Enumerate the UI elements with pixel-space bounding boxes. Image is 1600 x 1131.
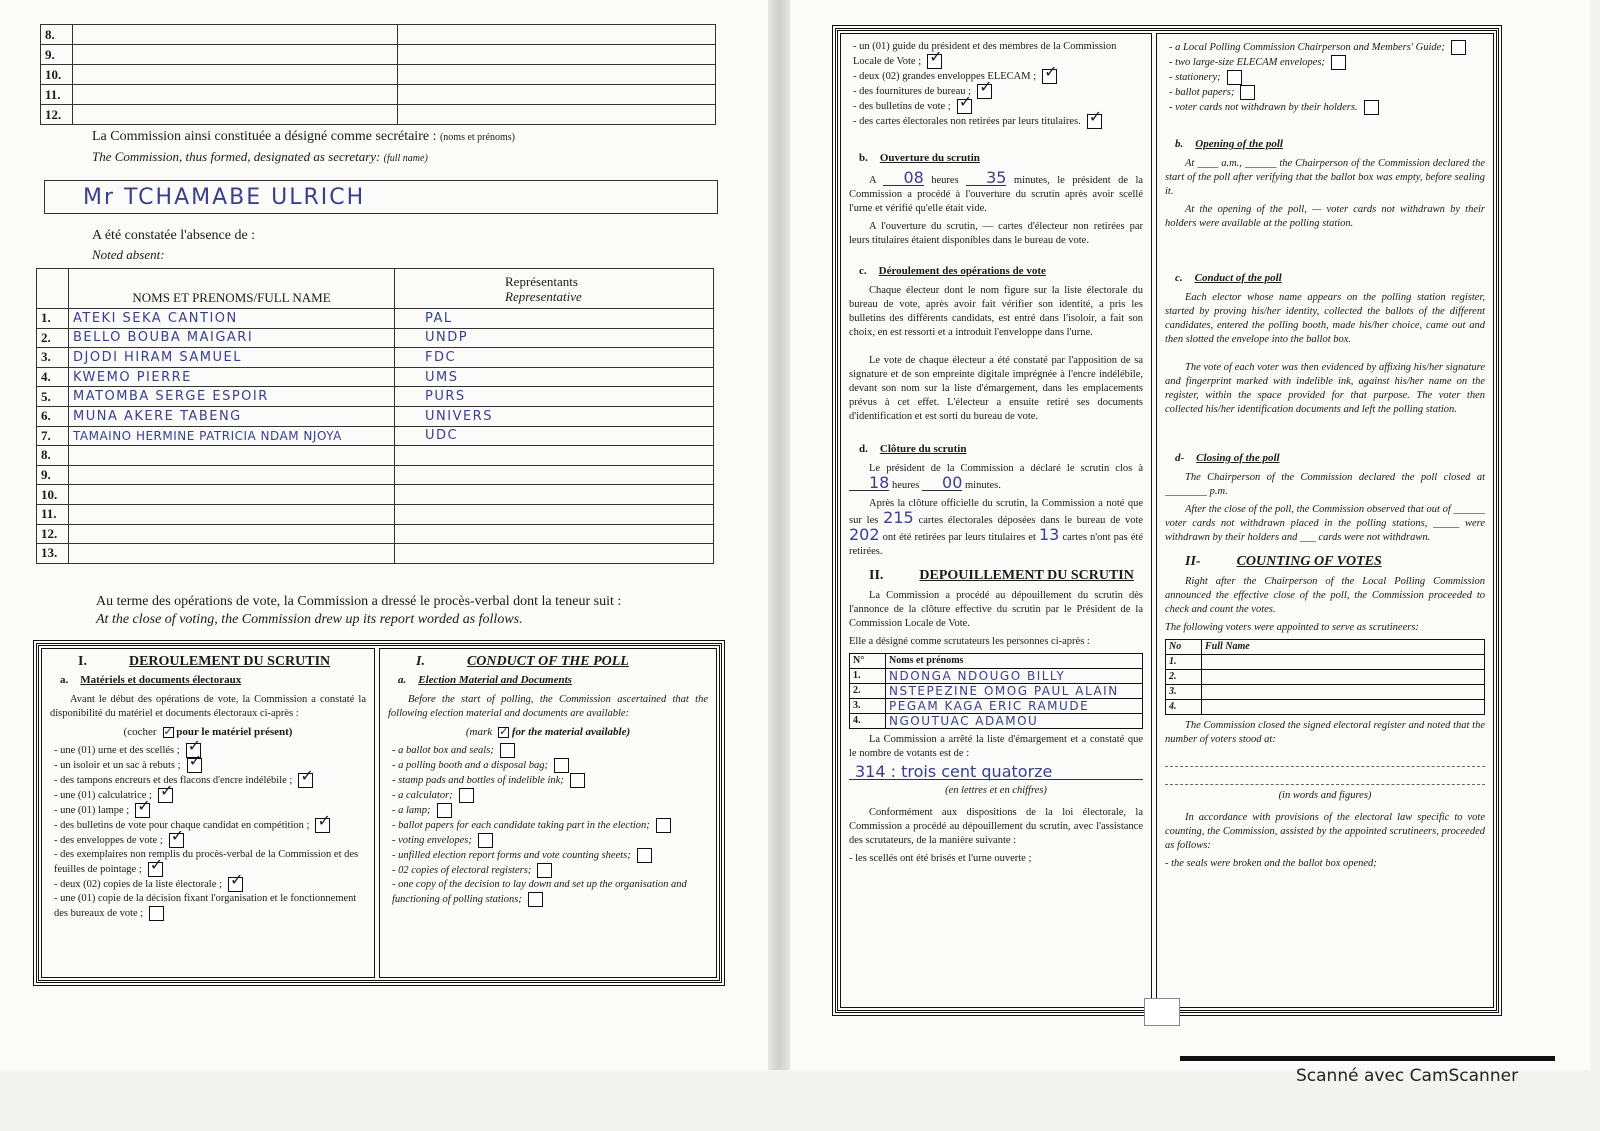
material-item: - two large-size ELECAM envelopes;: [1165, 55, 1485, 70]
material-checkbox[interactable]: [135, 803, 150, 818]
closing-paragraph: The Chairperson of the Commission declar…: [1165, 471, 1485, 499]
intro-paragraph: Avant le début des opérations de vote, l…: [50, 693, 366, 721]
section-I-fr: I. DEROULEMENT DU SCRUTIN a.Matériels et…: [41, 648, 375, 978]
mark-instruction: (cocher pour le matériel présent): [50, 725, 366, 739]
voters-note: (in words and figures): [1165, 789, 1485, 803]
table-header: N°Noms et prénoms: [850, 654, 1143, 669]
secretary-name: Mr TCHAMABE ULRICH: [83, 185, 365, 210]
material-item: - un isoloir et un sac à rebuts ;: [50, 758, 366, 773]
material-checkbox[interactable]: [1364, 100, 1379, 115]
members-table-continued: 8. 9. 10. 11. 12.: [40, 24, 716, 125]
counting-paragraph: La Commission a procédé au dépouillement…: [849, 589, 1143, 631]
scrutineers-label: Elle a désigné comme scrutateurs les per…: [849, 635, 1143, 649]
right-en-column: - a Local Polling Commission Chairperson…: [1156, 33, 1494, 1008]
material-item: - une (01) copie de la décision fixant l…: [50, 892, 366, 921]
camscanner-watermark: Scanné avec CamScanner: [1296, 1066, 1518, 1086]
material-item: - ballot papers;: [1165, 85, 1485, 100]
scrutineers-table: N°Noms et prénoms 1.NDONGA NDOUGO BILLY …: [849, 653, 1143, 729]
subsection-title: b.Ouverture du scrutin: [859, 151, 1143, 165]
subsection-title: c.Déroulement des opérations de vote: [859, 264, 1143, 278]
material-item: - stationery;: [1165, 70, 1485, 85]
table-row: 6.MUNA AKERE TABENGUNIVERS: [37, 406, 714, 426]
secretary-field[interactable]: Mr TCHAMABE ULRICH: [44, 180, 718, 214]
subsection-title: a.Election Material and Documents: [398, 673, 708, 687]
material-checkbox[interactable]: [228, 877, 243, 892]
table-row: 10.: [37, 485, 714, 505]
material-checkbox[interactable]: [478, 833, 493, 848]
material-item: - un (01) guide du président et des memb…: [849, 40, 1143, 69]
absent-table: NOMS ET PRENOMS/FULL NAME Représentants …: [36, 268, 714, 564]
secretary-label-en: The Commission, thus formed, designated …: [92, 148, 428, 168]
table-row: 2.NSTEPEZINE OMOG PAUL ALAIN: [850, 684, 1143, 699]
absent-label-fr: A été constatée l'absence de :: [92, 227, 255, 245]
material-checkbox[interactable]: [537, 863, 552, 878]
material-item: - a Local Polling Commission Chairperson…: [1165, 40, 1485, 55]
voters-paragraph: The Commission closed the signed elector…: [1165, 719, 1485, 747]
table-row: 8.: [37, 446, 714, 466]
checkbox-icon: [163, 727, 174, 738]
material-item: - a polling booth and a disposal bag;: [388, 758, 708, 773]
table-row: 11.: [41, 85, 716, 105]
count-method-paragraph: Conformément aux dispositions de la loi …: [849, 806, 1143, 848]
material-checkbox[interactable]: [149, 906, 164, 921]
material-checkbox[interactable]: [169, 833, 184, 848]
material-item: - 02 copies of electoral registers;: [388, 863, 708, 878]
absent-label-en: Noted absent:: [92, 246, 165, 264]
material-item: - a calculator;: [388, 788, 708, 803]
voters-paragraph: La Commission a arrêté la liste d'émarge…: [849, 733, 1143, 761]
material-item: - des bulletins de vote pour chaque cand…: [50, 818, 366, 833]
material-checkbox[interactable]: [148, 862, 163, 877]
table-header: NoFull Name: [1166, 640, 1485, 655]
table-row: 4.: [1166, 700, 1485, 715]
material-checkbox[interactable]: [1042, 69, 1057, 84]
material-item: - stamp pads and bottles of indelible in…: [388, 773, 708, 788]
voters-count-field[interactable]: [1165, 751, 1485, 767]
secretary-label-fr: La Commission ainsi constituée a désigné…: [92, 128, 515, 147]
table-row: 5.MATOMBA SERGE ESPOIRPURS: [37, 387, 714, 407]
section-I-frame: I. DEROULEMENT DU SCRUTIN a.Matériels et…: [36, 643, 722, 983]
material-checkbox[interactable]: [656, 818, 671, 833]
report-intro-fr: Au terme des opérations de vote, la Comm…: [96, 593, 621, 611]
section-II-title: II. DEPOUILLEMENT DU SCRUTIN: [869, 569, 1143, 583]
opening-paragraph: At ____ a.m., ______ the Chairperson of …: [1165, 157, 1485, 199]
material-checkbox[interactable]: [1451, 40, 1466, 55]
table-row: 7.TAMAINO HERMINE PATRICIA NDAM NJOYAUDC: [37, 426, 714, 446]
table-row: 12.: [41, 105, 716, 125]
voters-count-field-2[interactable]: [1165, 769, 1485, 785]
material-checkbox[interactable]: [554, 758, 569, 773]
table-row: 13.: [37, 544, 714, 564]
opening-cards-paragraph: A l'ouverture du scrutin, — cartes d'éle…: [849, 220, 1143, 248]
table-row: 3.: [1166, 685, 1485, 700]
opening-paragraph: A 08 heures 35 minutes, le président de …: [849, 171, 1143, 216]
section-title: I. DEROULEMENT DU SCRUTIN: [50, 655, 366, 669]
mark-instruction: (mark for the material available): [388, 725, 708, 739]
table-row: 9.: [37, 465, 714, 485]
closing-paragraph: Le président de la Commission a déclaré …: [849, 462, 1143, 493]
material-item: - a ballot box and seals;: [388, 743, 708, 758]
closing-hours-field[interactable]: 18: [849, 476, 889, 491]
page-number-box: [1144, 998, 1180, 1026]
conduct-paragraph-2: Le vote de chaque électeur a été constat…: [849, 354, 1143, 424]
material-checkbox[interactable]: [957, 99, 972, 114]
table-row: 9.: [41, 45, 716, 65]
material-item: - a lamp;: [388, 803, 708, 818]
table-row: 10.: [41, 65, 716, 85]
material-item: - des enveloppes de vote ;: [50, 833, 366, 848]
table-row: 1.ATEKI SEKA CANTIONPAL: [37, 309, 714, 329]
material-checkbox[interactable]: [500, 743, 515, 758]
table-row: 11.: [37, 504, 714, 524]
material-checkbox[interactable]: [459, 788, 474, 803]
conduct-paragraph-1: Chaque électeur dont le nom figure sur l…: [849, 284, 1143, 340]
report-intro-en: At the close of voting, the Commission d…: [96, 611, 523, 629]
material-item: - voting envelopes;: [388, 833, 708, 848]
table-row: 4.NGOUTUAC ADAMOU: [850, 714, 1143, 729]
material-item: - des exemplaires non remplis du procès-…: [50, 848, 366, 877]
cards-withdrawn-field[interactable]: 202: [849, 525, 880, 544]
table-row: 1.: [1166, 655, 1485, 670]
material-item: - deux (02) copies de la liste électoral…: [50, 877, 366, 892]
table-row: 1.NDONGA NDOUGO BILLY: [850, 669, 1143, 684]
page-edge: [1180, 1056, 1555, 1061]
table-row: 2.BELLO BOUBA MAIGARIUNDP: [37, 328, 714, 348]
material-item: - deux (02) grandes enveloppes ELECAM ;: [849, 69, 1143, 84]
material-checkbox[interactable]: [1087, 114, 1102, 129]
book-gutter: [768, 0, 792, 1070]
section-I-en: I. CONDUCT OF THE POLL a.Election Materi…: [379, 648, 717, 978]
conduct-paragraph-2: The vote of each voter was then evidence…: [1165, 361, 1485, 417]
table-row: 2.: [1166, 670, 1485, 685]
right-fr-column: - un (01) guide du président et des memb…: [840, 33, 1152, 1008]
material-item: - one copy of the decision to lay down a…: [388, 878, 708, 907]
material-item: - des cartes électorales non retirées pa…: [849, 114, 1143, 129]
cards-paragraph: Après la clôture officielle du scrutin, …: [849, 497, 1143, 559]
material-item: - unfilled election report forms and vot…: [388, 848, 708, 863]
opening-hours-field[interactable]: 08: [883, 171, 923, 186]
closing-minutes-field[interactable]: 00: [922, 476, 962, 491]
count-item: - les scellés ont été brisés et l'urne o…: [849, 852, 1143, 866]
scrutineers-table: NoFull Name 1. 2. 3. 4.: [1165, 639, 1485, 715]
table-header: NOMS ET PRENOMS/FULL NAME Représentants …: [37, 269, 714, 309]
material-item: - des tampons encreurs et des flacons d'…: [50, 773, 366, 788]
cards-total-field[interactable]: 215: [883, 508, 914, 527]
material-checkbox[interactable]: [1240, 85, 1255, 100]
material-checkbox[interactable]: [1331, 55, 1346, 70]
material-checkbox[interactable]: [637, 848, 652, 863]
table-row: 12.: [37, 524, 714, 544]
material-checkbox[interactable]: [977, 84, 992, 99]
checkbox-icon: [498, 727, 509, 738]
material-item: - une (01) urne et des scellés ;: [50, 743, 366, 758]
material-item: - voter cards not withdrawn by their hol…: [1165, 100, 1485, 115]
subsection-title: b.Opening of the poll: [1175, 137, 1485, 151]
material-checkbox[interactable]: [187, 758, 202, 773]
right-page-frame: - un (01) guide du président et des memb…: [835, 28, 1499, 1013]
subsection-title: c.Conduct of the poll: [1175, 271, 1485, 285]
material-checkbox[interactable]: [528, 892, 543, 907]
cards-not-withdrawn-field[interactable]: 13: [1039, 525, 1059, 544]
table-row: 4.KWEMO PIERREUMS: [37, 367, 714, 387]
material-checkbox[interactable]: [570, 773, 585, 788]
material-item: - des fournitures de bureau ;: [849, 84, 1143, 99]
material-checkbox[interactable]: [158, 788, 173, 803]
counting-paragraph: Right after the Chairperson of the Local…: [1165, 575, 1485, 617]
material-checkbox[interactable]: [927, 54, 942, 69]
subsection-title: d-Closing of the poll: [1175, 451, 1485, 465]
material-checkbox[interactable]: [298, 773, 313, 788]
opening-minutes-field[interactable]: 35: [966, 171, 1006, 186]
material-item: - ballot papers for each candidate takin…: [388, 818, 708, 833]
intro-paragraph: Before the start of polling, the Commiss…: [388, 693, 708, 721]
table-row: 3.DJODI HIRAM SAMUELFDC: [37, 348, 714, 368]
opening-cards-paragraph: At the opening of the poll, — voter card…: [1165, 203, 1485, 231]
material-checkbox[interactable]: [1227, 70, 1242, 85]
scrutineers-label: The following voters were appointed to s…: [1165, 621, 1485, 635]
subsection-title: d.Clôture du scrutin: [859, 442, 1143, 456]
voters-count-field[interactable]: 314 : trois cent quatorze: [849, 765, 1143, 780]
count-method-paragraph: In accordance with provisions of the ele…: [1165, 811, 1485, 853]
material-checkbox[interactable]: [437, 803, 452, 818]
section-II-title: II- COUNTING OF VOTES: [1185, 555, 1485, 569]
conduct-paragraph-1: Each elector whose name appears on the p…: [1165, 291, 1485, 347]
material-item: - une (01) calculatrice ;: [50, 788, 366, 803]
count-item: - the seals were broken and the ballot b…: [1165, 857, 1485, 871]
left-page: 8. 9. 10. 11. 12. La Commission ainsi co…: [0, 0, 770, 1070]
voters-note: (en lettres et en chiffres): [849, 784, 1143, 798]
material-checkbox[interactable]: [315, 818, 330, 833]
subsection-title: a.Matériels et documents électoraux: [60, 673, 366, 687]
cards-paragraph: After the close of the poll, the Commiss…: [1165, 503, 1485, 545]
table-row: 8.: [41, 25, 716, 45]
section-title: I. CONDUCT OF THE POLL: [388, 655, 708, 669]
table-row: 3.PEGAM KAGA ERIC RAMUDE: [850, 699, 1143, 714]
